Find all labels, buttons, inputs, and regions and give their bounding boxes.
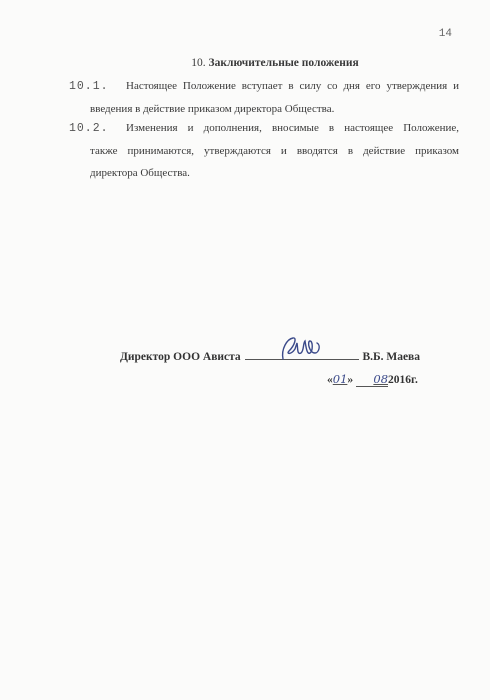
handwritten-signature-icon <box>277 335 327 363</box>
clause-number: 10.1. <box>69 76 126 98</box>
date-close-quote: » <box>347 374 353 386</box>
clause-text-line-2: также принимаются, утверждаются и вводят… <box>69 140 459 162</box>
date-year: 2016г. <box>388 374 418 386</box>
page-number: 14 <box>439 28 452 40</box>
section-number: 10. <box>191 57 205 69</box>
date-month: 08 <box>373 372 388 386</box>
signature-date: «01» 082016г. <box>327 372 418 387</box>
section-heading: 10. Заключительные положения <box>0 57 490 69</box>
clause-10-2: 10.2.Изменения и дополнения, вносимые в … <box>69 117 459 184</box>
signatory-position: Директор ООО Ависта <box>120 351 241 363</box>
clause-text-continuation: директора Общества. <box>69 162 459 184</box>
signatory-name: В.Б. Маева <box>362 351 420 363</box>
clause-text-line: Настоящее Положение вступает в силу со д… <box>126 80 459 92</box>
date-month-line: 08 <box>356 372 388 387</box>
date-day: 01 <box>333 372 348 386</box>
section-title: Заключительные положения <box>209 57 359 69</box>
signature-block: Директор ООО Ависта В.Б. Маева <box>120 349 420 363</box>
clause-number: 10.2. <box>69 118 126 140</box>
signature-line <box>245 349 359 360</box>
clause-10-1: 10.1.Настоящее Положение вступает в силу… <box>69 75 459 120</box>
clause-text-line: Изменения и дополнения, вносимые в насто… <box>126 122 459 134</box>
